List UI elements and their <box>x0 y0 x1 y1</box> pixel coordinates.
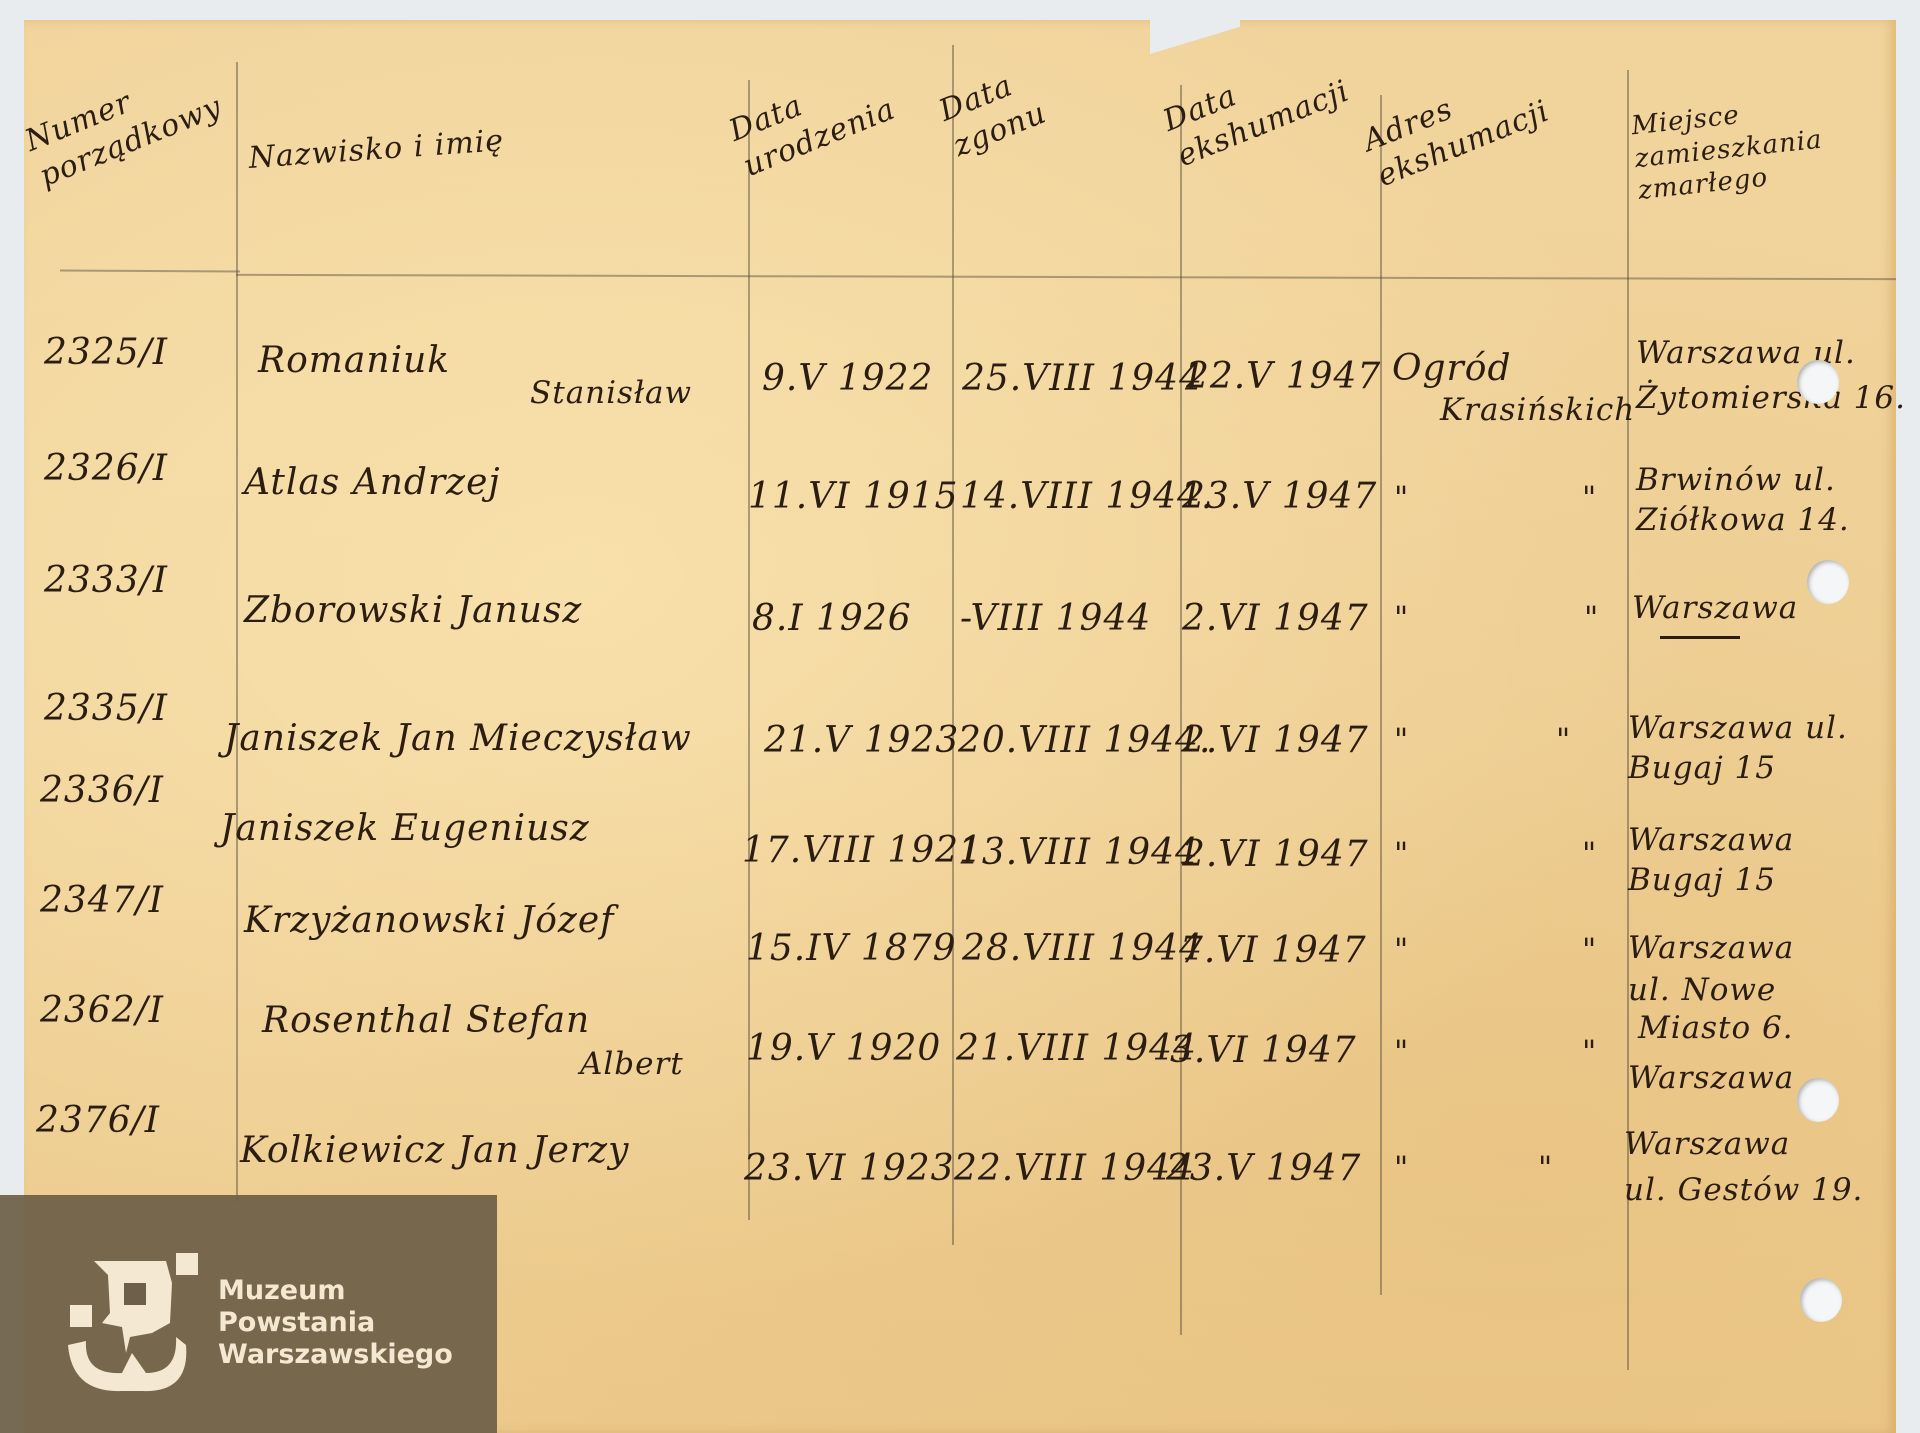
row-residence-line2: Żytomierska 16. <box>1636 380 1906 416</box>
museum-name: Muzeum Powstania Warszawskiego <box>218 1275 453 1371</box>
row-exhumation-date: 3.VI 1947 <box>1170 1030 1357 1071</box>
row-exhumation-date: 2.VI 1947 <box>1182 598 1369 639</box>
row-exhumation-address: " <box>1394 1034 1409 1070</box>
row-name-line2: Albert <box>580 1046 684 1082</box>
row-exhumation-address-ditto: " <box>1582 932 1597 968</box>
row-residence: Warszawa ul. <box>1628 710 1848 746</box>
row-birth-date: 19.V 1920 <box>746 1028 941 1069</box>
museum-name-line1: Muzeum <box>218 1275 453 1307</box>
row-exhumation-date: 2.VI 1947 <box>1182 720 1369 761</box>
row-death-date: 14.VIII 1944. <box>960 476 1213 517</box>
row-name: Zborowski Janusz <box>244 590 582 631</box>
row-exhumation-address: " <box>1394 480 1409 516</box>
row-residence-line2: Ziółkowa 14. <box>1636 502 1850 538</box>
row-birth-date: 23.VI 1923 <box>744 1148 955 1189</box>
row-birth-date: 17.VIII 1921 <box>742 830 983 871</box>
row-number: 2335/I <box>44 688 168 729</box>
row-exhumation-address: " <box>1394 1150 1409 1186</box>
row-name: Krzyżanowski Józef <box>244 900 614 941</box>
row-residence: Miasto 6. <box>1638 1010 1794 1046</box>
row-death-date: 20.VIII 1944. <box>958 720 1211 761</box>
row-residence: Warszawa <box>1624 1126 1790 1162</box>
row-death-date: 22.VIII 1944 <box>954 1148 1195 1189</box>
row-exhumation-date: 23.V 1947 <box>1182 476 1377 517</box>
row-number: 2336/I <box>40 770 164 811</box>
row-birth-date: 11.VI 1915 <box>748 476 959 517</box>
row-exhumation-address-ditto: " <box>1538 1150 1553 1186</box>
row-exhumation-address: Ogród <box>1392 348 1512 389</box>
row-death-date: -VIII 1944 <box>960 598 1151 639</box>
punch-hole <box>1797 1078 1839 1122</box>
row-exhumation-address-ditto: " <box>1582 1034 1597 1070</box>
row-birth-date: 21.V 1923 <box>764 720 959 761</box>
row-exhumation-date: 22.V 1947 <box>1186 356 1381 397</box>
row-number: 2333/I <box>44 560 168 601</box>
row-name: Rosenthal Stefan <box>262 1000 590 1041</box>
row-name-line2: Stanisław <box>530 375 692 411</box>
row-name: Kolkiewicz Jan Jerzy <box>240 1130 629 1171</box>
row-residence-line2: Warszawa <box>1628 1060 1794 1096</box>
row-name: Janiszek Eugeniusz <box>220 808 590 849</box>
row-residence: Brwinów ul. <box>1636 462 1836 498</box>
row-death-date: 21.VIII 1944 <box>956 1028 1197 1069</box>
row-birth-date: 8.I 1926 <box>752 598 912 639</box>
row-residence-line2: Bugaj 15 <box>1628 862 1776 898</box>
row-residence-line2: ul. Nowe <box>1628 972 1776 1008</box>
row-exhumation-address-line2: Krasińskich <box>1440 392 1635 428</box>
row-exhumation-address: " <box>1394 600 1409 636</box>
row-residence: Warszawa <box>1632 590 1798 626</box>
row-exhumation-address-ditto: " <box>1582 836 1597 872</box>
row-death-date: 13.VIII 1944 <box>958 832 1199 873</box>
row-death-date: 25.VIII 1944 <box>962 358 1203 399</box>
row-name: Atlas Andrzej <box>244 462 501 503</box>
row-exhumation-date: 23.V 1947 <box>1166 1148 1361 1189</box>
row-exhumation-address-ditto: " <box>1584 600 1599 636</box>
row-exhumation-address: " <box>1394 722 1409 758</box>
row-exhumation-address-ditto: " <box>1556 722 1571 758</box>
row-exhumation-address: " <box>1394 836 1409 872</box>
museum-watermark: Muzeum Powstania Warszawskiego <box>0 1195 497 1433</box>
page-background <box>0 0 1920 20</box>
museum-name-line2: Powstania <box>218 1307 453 1339</box>
row-exhumation-date: 2.VI 1947 <box>1182 834 1369 875</box>
row-birth-date: 15.IV 1879 <box>746 928 957 969</box>
row-exhumation-address-ditto: " <box>1582 480 1597 516</box>
row-birth-date: 9.V 1922 <box>762 358 933 399</box>
row-name: Janiszek Jan Mieczysław <box>224 718 692 759</box>
row-name: Romaniuk <box>258 340 450 381</box>
kotwica-anchor-logo-icon <box>66 1253 198 1393</box>
punch-hole <box>1797 360 1839 404</box>
row-number: 2326/I <box>44 448 168 489</box>
row-exhumation-date: 7.VI 1947 <box>1180 930 1367 971</box>
underline <box>1660 636 1740 639</box>
row-number: 2347/I <box>40 880 164 921</box>
row-exhumation-address: " <box>1394 932 1409 968</box>
row-residence: Warszawa <box>1628 822 1794 858</box>
row-death-date: 28.VIII 1944 <box>962 928 1203 969</box>
punch-hole <box>1807 560 1849 604</box>
row-number: 2362/I <box>40 990 164 1031</box>
row-residence-line2: Bugaj 15 <box>1628 750 1776 786</box>
punch-hole <box>1800 1278 1842 1322</box>
row-number: 2376/I <box>36 1100 160 1141</box>
row-number: 2325/I <box>44 332 168 373</box>
row-residence-line2: ul. Gestów 19. <box>1624 1172 1863 1208</box>
row-residence: Warszawa <box>1628 930 1794 966</box>
museum-name-line3: Warszawskiego <box>218 1339 453 1371</box>
